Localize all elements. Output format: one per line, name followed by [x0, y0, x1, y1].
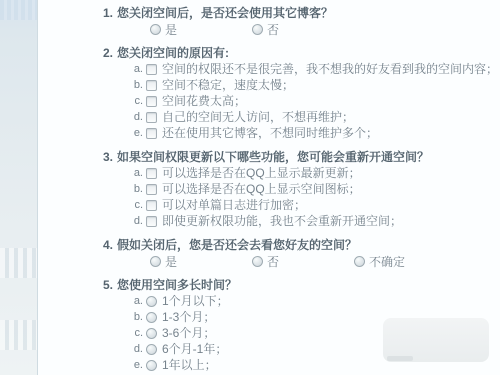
checkbox-icon[interactable] — [146, 200, 157, 211]
question-number: 2. — [103, 46, 113, 60]
background-page-strip — [0, 0, 38, 375]
option-letter: a. — [133, 165, 143, 181]
checkbox-icon[interactable] — [146, 64, 157, 75]
radio-option[interactable]: 否 — [252, 21, 279, 38]
option-label: 自己的空间无人访问，不想再维护； — [162, 109, 354, 125]
watermark-text-smudge — [387, 356, 413, 361]
question-title-text: 您使用空间多长时间？ — [117, 278, 237, 292]
option-letter: e. — [133, 125, 143, 141]
radio-button-icon[interactable] — [146, 296, 157, 307]
question-title: 2.您关闭空间的原因有: — [38, 45, 500, 61]
option-letter: c. — [133, 325, 143, 341]
option-label: 否 — [267, 21, 279, 38]
option-letter: e. — [133, 357, 143, 373]
question-number: 3. — [103, 150, 113, 164]
question-block: 3.如果空间权限更新以下哪些功能，您可能会重新开通空间？a.可以选择是否在QQ上… — [38, 149, 500, 229]
radio-button-icon[interactable] — [146, 312, 157, 323]
radio-button-icon[interactable] — [150, 256, 161, 267]
checkbox-icon[interactable] — [146, 96, 157, 107]
radio-button-icon[interactable] — [252, 256, 263, 267]
option-label: 可以对单篇日志进行加密； — [162, 197, 306, 213]
radio-option: a.1个月以下； — [38, 293, 500, 309]
option-letter: d. — [133, 341, 143, 357]
question-block: 4.假如关闭后，您是否还会去看您好友的空间？是否不确定 — [38, 237, 500, 269]
background-page-header — [0, 0, 37, 20]
option-letter: b. — [133, 181, 143, 197]
checkbox-option: e.还在使用其它博客，不想同时维护多个； — [38, 125, 500, 141]
radio-option[interactable]: 否 — [252, 253, 354, 270]
answer-row: 是否不确定 — [38, 253, 500, 269]
option-letter: c. — [133, 197, 143, 213]
option-label: 是 — [165, 21, 177, 38]
question-title-text: 如果空间权限更新以下哪些功能，您可能会重新开通空间？ — [117, 150, 429, 164]
radio-option[interactable]: 是 — [150, 253, 252, 270]
radio-button-icon[interactable] — [146, 344, 157, 355]
radio-option[interactable]: 是 — [150, 21, 252, 38]
option-label: 可以选择是否在QQ上显示空间图标； — [162, 181, 361, 197]
checkbox-icon[interactable] — [146, 184, 157, 195]
option-label: 1-3个月； — [162, 309, 215, 325]
option-label: 空间花费太高； — [162, 93, 246, 109]
option-letter: b. — [133, 309, 143, 325]
option-label: 6个月-1年； — [162, 341, 227, 357]
question-title-text: 您关闭空间的原因有: — [117, 46, 229, 60]
question-block: 1.您关闭空间后，是否还会使用其它博客？是否 — [38, 5, 500, 37]
option-letter: d. — [133, 109, 143, 125]
question-number: 4. — [103, 238, 113, 252]
option-label: 3-6个月； — [162, 325, 215, 341]
option-label: 1个月以下； — [162, 293, 229, 309]
question-block: 2.您关闭空间的原因有:a.空间的权限还不是很完善，我不想我的好友看到我的空间内… — [38, 45, 500, 141]
checkbox-option: a.可以选择是否在QQ上显示最新更新； — [38, 165, 500, 181]
question-number: 5. — [103, 278, 113, 292]
checkbox-option: a.空间的权限还不是很完善，我不想我的好友看到我的空间内容； — [38, 61, 500, 77]
option-letter: d. — [133, 213, 143, 229]
checkbox-option: c.可以对单篇日志进行加密； — [38, 197, 500, 213]
radio-button-icon[interactable] — [150, 24, 161, 35]
answer-row: 是否 — [38, 21, 500, 37]
background-page-stripe — [0, 248, 37, 278]
question-title: 1.您关闭空间后，是否还会使用其它博客？ — [38, 5, 500, 21]
question-title: 4.假如关闭后，您是否还会去看您好友的空间？ — [38, 237, 500, 253]
option-label: 还在使用其它博客，不想同时维护多个； — [162, 125, 378, 141]
radio-option[interactable]: 不确定 — [354, 253, 405, 270]
radio-button-icon[interactable] — [146, 360, 157, 371]
question-title-text: 假如关闭后，您是否还会去看您好友的空间？ — [117, 238, 357, 252]
option-letter: a. — [133, 293, 143, 309]
radio-button-icon[interactable] — [252, 24, 263, 35]
checkbox-option: b.可以选择是否在QQ上显示空间图标； — [38, 181, 500, 197]
survey-page: 1.您关闭空间后，是否还会使用其它博客？是否2.您关闭空间的原因有:a.空间的权… — [0, 0, 500, 375]
option-letter: a. — [133, 61, 143, 77]
radio-button-icon[interactable] — [146, 328, 157, 339]
question-title-text: 您关闭空间后，是否还会使用其它博客？ — [117, 6, 333, 20]
question-title: 3.如果空间权限更新以下哪些功能，您可能会重新开通空间？ — [38, 149, 500, 165]
option-label: 空间不稳定，速度太慢； — [162, 77, 294, 93]
option-label: 是 — [165, 253, 177, 270]
radio-button-icon[interactable] — [354, 256, 365, 267]
checkbox-option: b.空间不稳定，速度太慢； — [38, 77, 500, 93]
option-label: 否 — [267, 253, 279, 270]
option-label: 空间的权限还不是很完善，我不想我的好友看到我的空间内容； — [162, 61, 498, 77]
checkbox-icon[interactable] — [146, 80, 157, 91]
checkbox-option: d.即使更新权限功能，我也不会重新开通空间； — [38, 213, 500, 229]
checkbox-icon[interactable] — [146, 216, 157, 227]
option-letter: b. — [133, 77, 143, 93]
option-label: 1年以上； — [162, 357, 217, 373]
background-page-stripe — [0, 320, 37, 350]
question-number: 1. — [103, 6, 113, 20]
checkbox-option: d.自己的空间无人访问，不想再维护； — [38, 109, 500, 125]
checkbox-icon[interactable] — [146, 128, 157, 139]
option-letter: c. — [133, 93, 143, 109]
option-label: 不确定 — [369, 253, 405, 270]
checkbox-icon[interactable] — [146, 168, 157, 179]
checkbox-icon[interactable] — [146, 112, 157, 123]
question-title: 5.您使用空间多长时间？ — [38, 277, 500, 293]
option-label: 可以选择是否在QQ上显示最新更新； — [162, 165, 361, 181]
option-label: 即使更新权限功能，我也不会重新开通空间； — [162, 213, 402, 229]
checkbox-option: c.空间花费太高； — [38, 93, 500, 109]
